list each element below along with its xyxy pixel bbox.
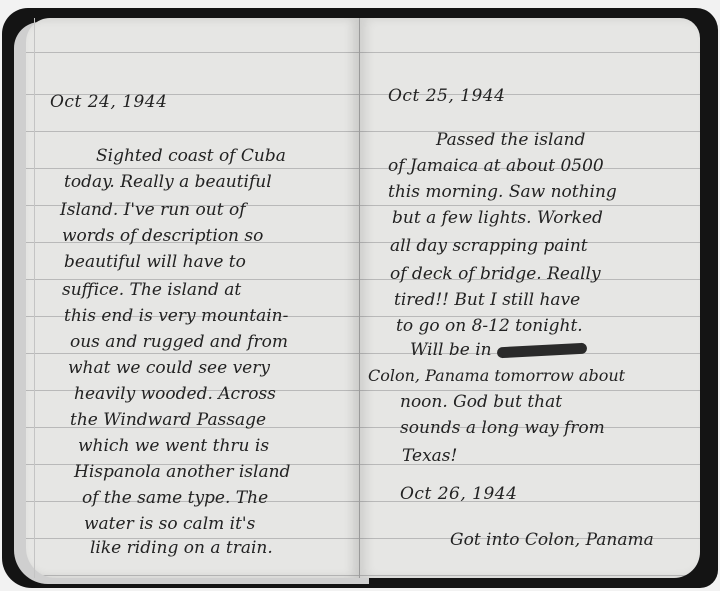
entry-line: the Windward Passage xyxy=(70,410,266,430)
entry-date: Oct 26, 1944 xyxy=(400,484,517,504)
entry-line: suffice. The island at xyxy=(62,280,241,300)
entry-line: Island. I've run out of xyxy=(60,200,245,220)
right-page: Oct 25, 1944 Passed the island of Jamaic… xyxy=(360,18,700,578)
entry-line: words of description so xyxy=(62,226,263,246)
diary-entry-oct-26: Oct 26, 1944 Got into Colon, Panama xyxy=(360,18,700,578)
left-page: Oct 24, 1944 Sighted coast of Cuba today… xyxy=(26,18,360,578)
notebook-scan: Oct 24, 1944 Sighted coast of Cuba today… xyxy=(0,0,720,591)
entry-line: water is so calm it's xyxy=(84,514,255,534)
entry-line: of the same type. The xyxy=(82,488,268,508)
entry-line: beautiful will have to xyxy=(64,252,246,272)
diary-entry-oct-24: Oct 24, 1944 Sighted coast of Cuba today… xyxy=(26,18,359,578)
entry-line: what we could see very xyxy=(68,358,270,378)
entry-line: Got into Colon, Panama xyxy=(450,530,654,550)
entry-line: Sighted coast of Cuba xyxy=(96,146,286,166)
entry-line: ous and rugged and from xyxy=(70,332,288,352)
entry-line: heavily wooded. Across xyxy=(74,384,276,404)
entry-line: Hispanola another island xyxy=(74,462,290,482)
entry-line: this end is very mountain- xyxy=(64,306,288,326)
entry-line: today. Really a beautiful xyxy=(64,172,272,192)
entry-line: which we went thru is xyxy=(78,436,269,456)
entry-date: Oct 24, 1944 xyxy=(50,92,167,112)
entry-line: like riding on a train. xyxy=(90,538,273,558)
